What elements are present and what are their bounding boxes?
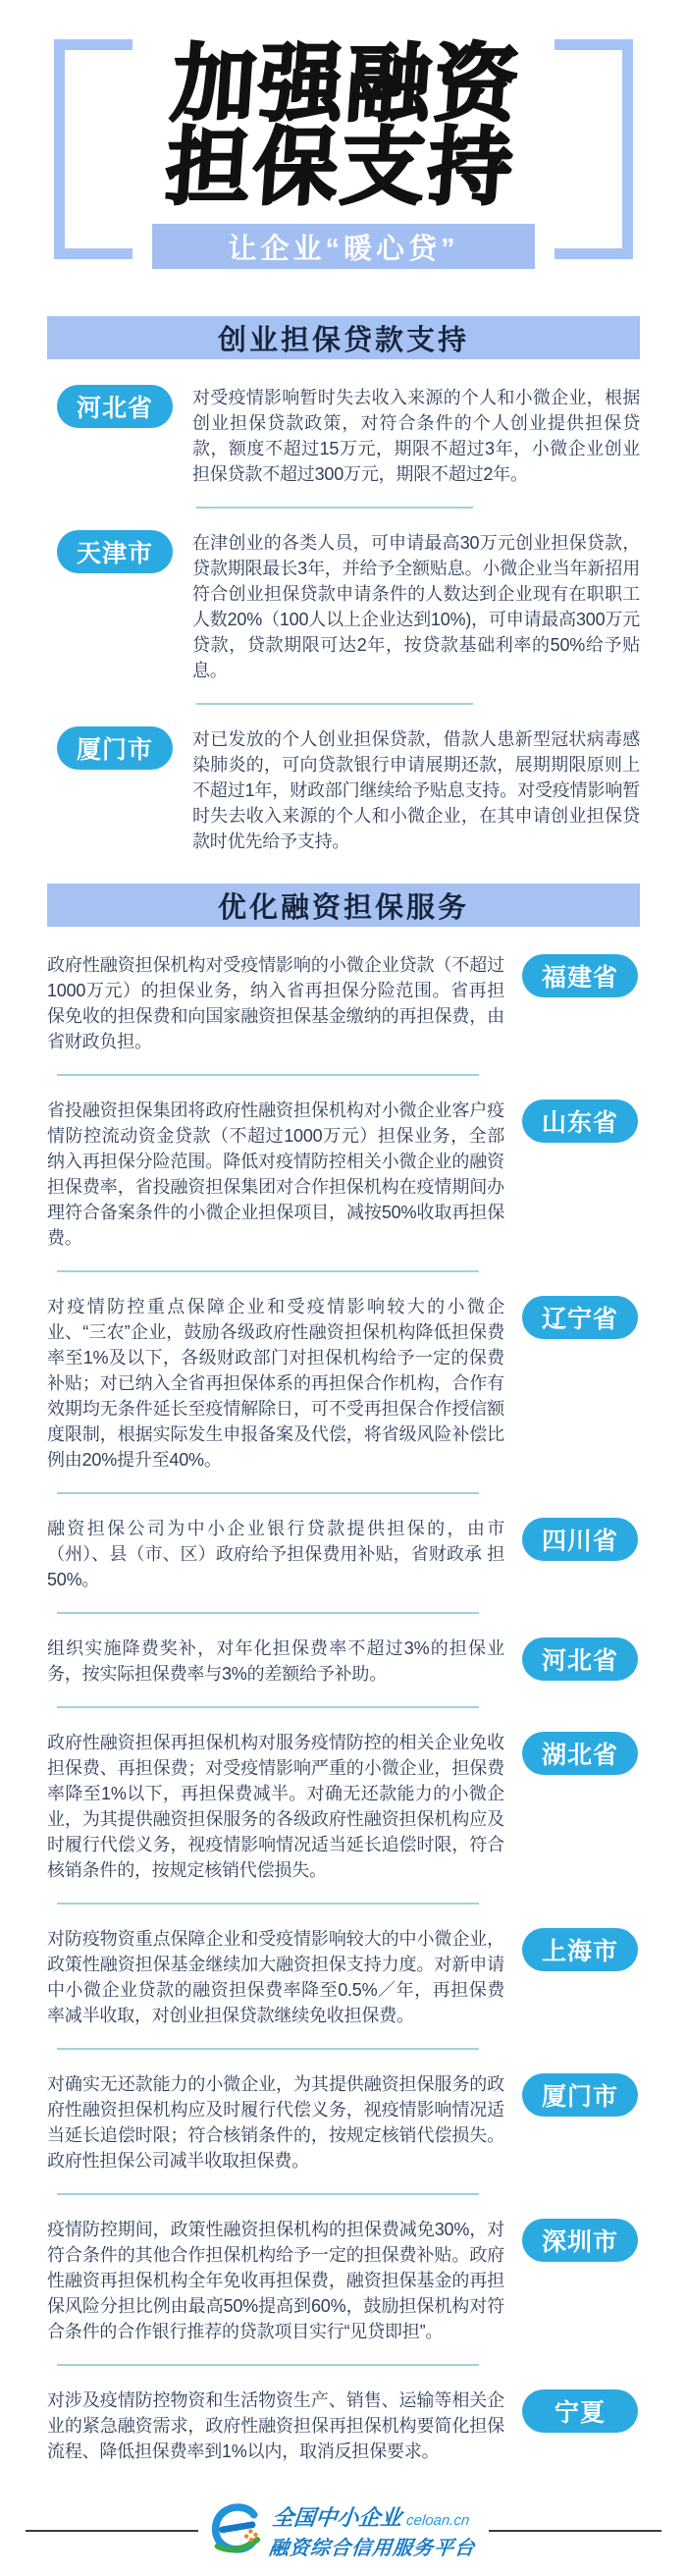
row-divider: [57, 1612, 479, 1614]
region-pill: 河北省: [522, 1637, 638, 1681]
row-divider: [57, 1706, 479, 1708]
region-pill: 天津市: [57, 530, 173, 573]
region-pill: 山东省: [522, 1100, 638, 1143]
region-pill: 厦门市: [57, 726, 173, 770]
region-pill: 四川省: [522, 1518, 638, 1561]
policy-row: 对涉及疫情防控物资和生活物资生产、销售、运输等相关企业的紧急融资需求，政府性融资…: [0, 2388, 687, 2464]
row-divider: [57, 1074, 479, 1076]
footer: 全国中小企业 celoan.cn 融资综合信用服务平台: [0, 2501, 687, 2576]
policy-row: 组织实施降费奖补，对年化担保费率不超过3%的担保业务，按实际担保费率与3%的差额…: [0, 1636, 687, 1687]
poster-page: 加强融资 担保支持 让企业“暖心贷” 创业担保贷款支持 河北省 对受疫情影响暂时…: [0, 0, 687, 2576]
poster-title-line2: 担保支持: [0, 127, 687, 210]
section-body-venture-loan: 河北省 对受疫情影响暂时失去收入来源的个人和小微企业，根据创业担保贷款政策，对符…: [0, 359, 687, 854]
policy-row: 厦门市 对已发放的个人创业担保贷款，借款人患新型冠状病毒感染肺炎的，可向贷款银行…: [0, 726, 687, 854]
brand-tagline: 融资综合信用服务平台: [268, 2532, 477, 2560]
row-divider: [57, 2048, 479, 2050]
region-pill: 福建省: [522, 954, 638, 997]
policy-text: 对确实无还款能力的小微企业，为其提供融资担保服务的政府性融资担保机构应及时履行代…: [47, 2071, 504, 2173]
policy-row: 对防疫物资重点保障企业和受疫情影响较大的中小微企业，政策性融资担保基金继续加大融…: [0, 1926, 687, 2028]
policy-row: 对疫情防控重点保障企业和受疫情影响较大的小微企业、“三农”企业，鼓励各级政府性融…: [0, 1294, 687, 1473]
row-divider: [57, 2193, 479, 2195]
row-divider: [57, 1903, 479, 1905]
policy-row: 天津市 在津创业的各类人员，可申请最高30万元创业担保贷款，贷款期限最长3年，并…: [0, 530, 687, 683]
policy-row: 河北省 对受疫情影响暂时失去收入来源的个人和小微企业，根据创业担保贷款政策，对符…: [0, 385, 687, 487]
brand-domain: celoan.cn: [405, 2512, 470, 2529]
policy-text: 政府性融资担保机构对受疫情影响的小微企业贷款（不超过1000万元）的担保业务，纳…: [47, 952, 504, 1054]
policy-text: 在津创业的各类人员，可申请最高30万元创业担保贷款，贷款期限最长3年，并给予全额…: [192, 530, 640, 683]
policy-text: 对防疫物资重点保障企业和受疫情影响较大的中小微企业，政策性融资担保基金继续加大融…: [47, 1926, 504, 2028]
policy-text: 对疫情防控重点保障企业和受疫情影响较大的小微企业、“三农”企业，鼓励各级政府性融…: [47, 1294, 504, 1473]
region-pill: 湖北省: [522, 1732, 638, 1775]
policy-text: 疫情防控期间，政策性融资担保机构的担保费减免30%，对符合条件的其他合作担保机构…: [47, 2217, 504, 2344]
celoan-e-swoosh-icon: [210, 2502, 263, 2560]
policy-row: 疫情防控期间，政策性融资担保机构的担保费减免30%，对符合条件的其他合作担保机构…: [0, 2217, 687, 2344]
poster-title-line1: 加强融资: [0, 43, 687, 127]
region-pill: 河北省: [57, 385, 173, 428]
section-heading-guarantee-service: 优化融资担保服务: [47, 884, 640, 927]
poster-header: 加强融资 担保支持 让企业“暖心贷”: [0, 0, 687, 287]
platform-brand: 全国中小企业 celoan.cn 融资综合信用服务平台: [210, 2501, 477, 2560]
policy-row: 政府性融资担保再担保机构对服务疫情防控的相关企业免收担保费、再担保费；对受疫情影…: [0, 1730, 687, 1883]
policy-row: 政府性融资担保机构对受疫情影响的小微企业贷款（不超过1000万元）的担保业务，纳…: [0, 952, 687, 1054]
row-divider: [196, 507, 473, 509]
policy-text: 对已发放的个人创业担保贷款，借款人患新型冠状病毒感染肺炎的，可向贷款银行申请展期…: [192, 726, 640, 854]
row-divider: [57, 2364, 479, 2366]
subtitle-banner: 让企业“暖心贷”: [152, 224, 535, 269]
policy-text: 省投融资担保集团将政府性融资担保机构对小微企业客户疫情防控流动资金贷款（不超过1…: [47, 1098, 504, 1251]
policy-text: 对受疫情影响暂时失去收入来源的个人和小微企业，根据创业担保贷款政策，对符合条件的…: [192, 385, 640, 487]
policy-text: 政府性融资担保再担保机构对服务疫情防控的相关企业免收担保费、再担保费；对受疫情影…: [47, 1730, 504, 1883]
policy-row: 融资担保公司为中小企业银行贷款提供担保的，由市（州）、县（市、区）政府给予担保费…: [0, 1516, 687, 1592]
policy-text: 对涉及疫情防控物资和生活物资生产、销售、运输等相关企业的紧急融资需求，政府性融资…: [47, 2388, 504, 2464]
footer-left-rule: [26, 2530, 198, 2532]
policy-row: 省投融资担保集团将政府性融资担保机构对小微企业客户疫情防控流动资金贷款（不超过1…: [0, 1098, 687, 1251]
section-heading-venture-loan: 创业担保贷款支持: [47, 316, 640, 359]
brand-text-block: 全国中小企业 celoan.cn 融资综合信用服务平台: [268, 2501, 480, 2560]
region-pill: 辽宁省: [522, 1296, 638, 1339]
row-divider: [57, 1270, 479, 1272]
policy-row: 对确实无还款能力的小微企业，为其提供融资担保服务的政府性融资担保机构应及时履行代…: [0, 2071, 687, 2173]
row-divider: [196, 703, 473, 705]
poster-title: 加强融资 担保支持: [0, 43, 687, 210]
region-pill: 宁夏: [522, 2389, 638, 2433]
footer-right-rule: [489, 2530, 661, 2532]
region-pill: 上海市: [522, 1928, 638, 1971]
region-pill: 厦门市: [522, 2073, 638, 2117]
section-body-guarantee-service: 政府性融资担保机构对受疫情影响的小微企业贷款（不超过1000万元）的担保业务，纳…: [0, 927, 687, 2464]
brand-name: 全国中小企业: [271, 2501, 403, 2532]
region-pill: 深圳市: [522, 2219, 638, 2262]
policy-text: 组织实施降费奖补，对年化担保费率不超过3%的担保业务，按实际担保费率与3%的差额…: [47, 1636, 504, 1687]
row-divider: [57, 1492, 479, 1494]
policy-text: 融资担保公司为中小企业银行贷款提供担保的，由市（州）、县（市、区）政府给予担保费…: [47, 1516, 504, 1592]
